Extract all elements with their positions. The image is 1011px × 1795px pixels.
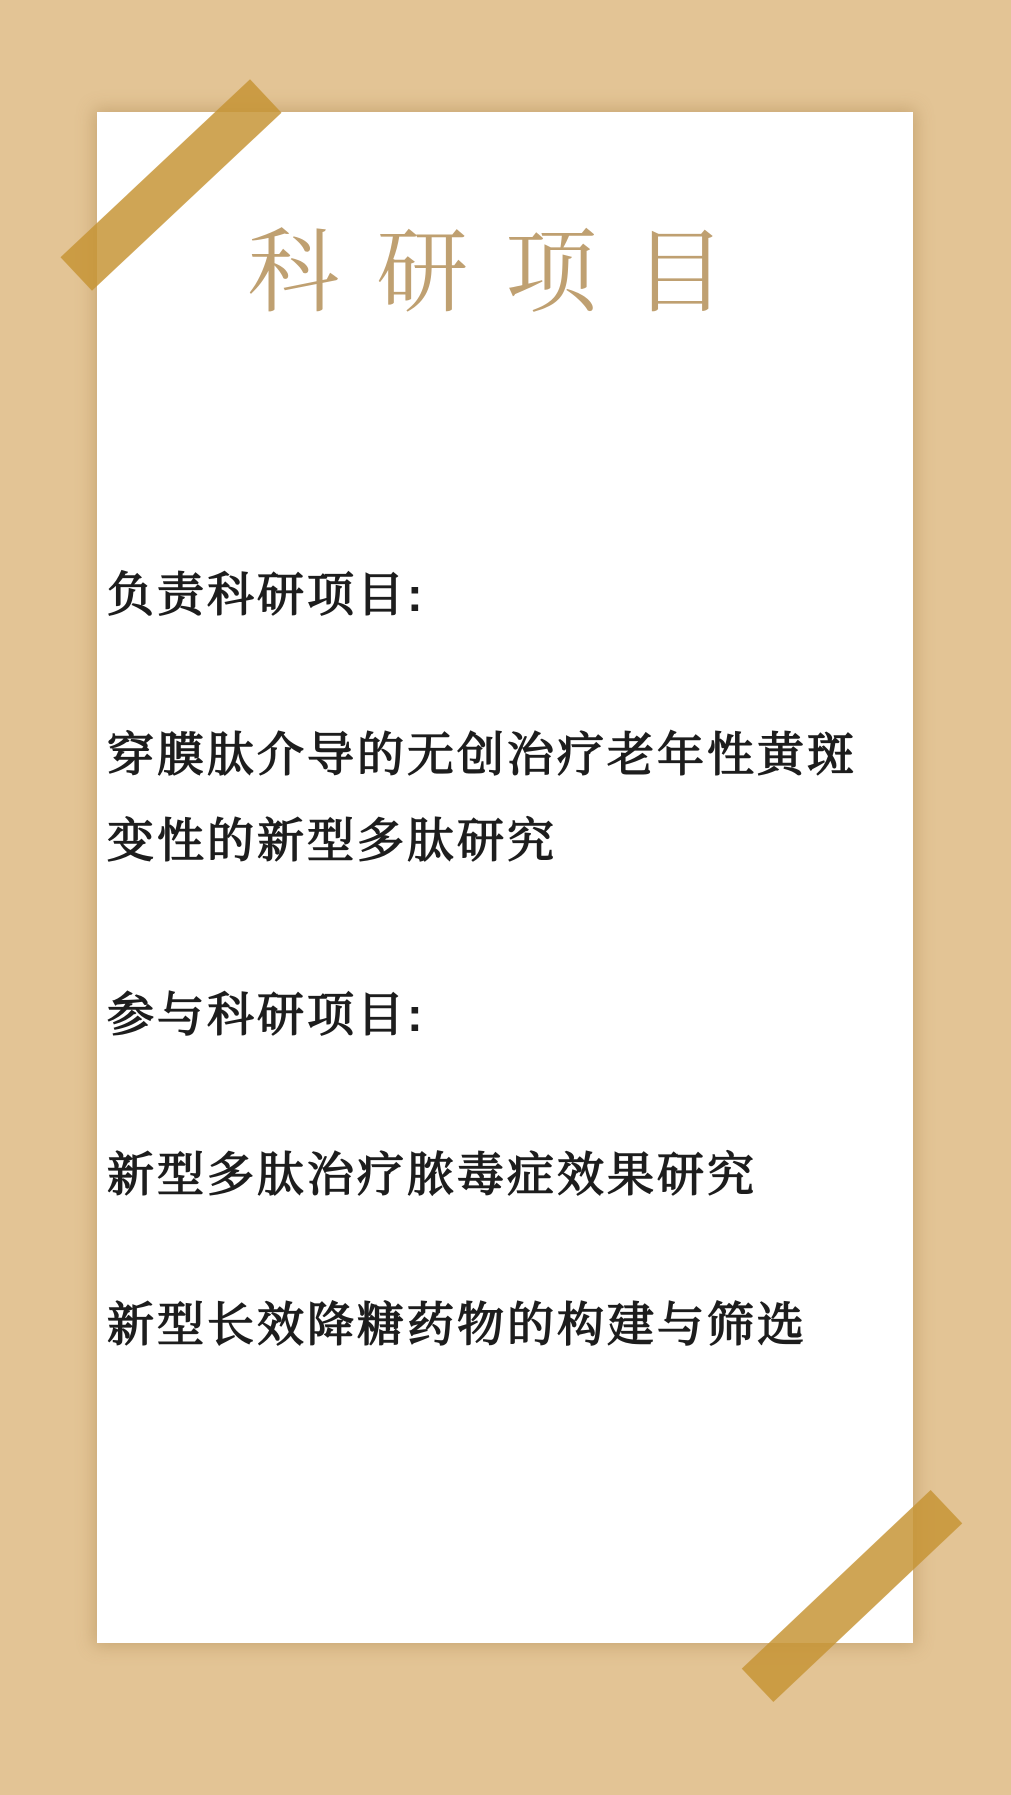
section-heading-lead-projects: 负责科研项目: <box>107 552 887 638</box>
content-card: 科研项目 负责科研项目: 穿膜肽介导的无创治疗老年性黄斑变性的新型多肽研究 参与… <box>97 112 913 1643</box>
section-heading-participated-projects: 参与科研项目: <box>107 972 887 1058</box>
lead-project-item: 穿膜肽介导的无创治疗老年性黄斑变性的新型多肽研究 <box>107 712 887 884</box>
page-title: 科研项目 <box>97 222 913 323</box>
participated-project-item-1: 新型多肽治疗脓毒症效果研究 <box>107 1132 887 1218</box>
poster-page: 科研项目 负责科研项目: 穿膜肽介导的无创治疗老年性黄斑变性的新型多肽研究 参与… <box>0 0 1011 1795</box>
participated-project-item-2: 新型长效降糖药物的构建与筛选 <box>107 1282 887 1368</box>
